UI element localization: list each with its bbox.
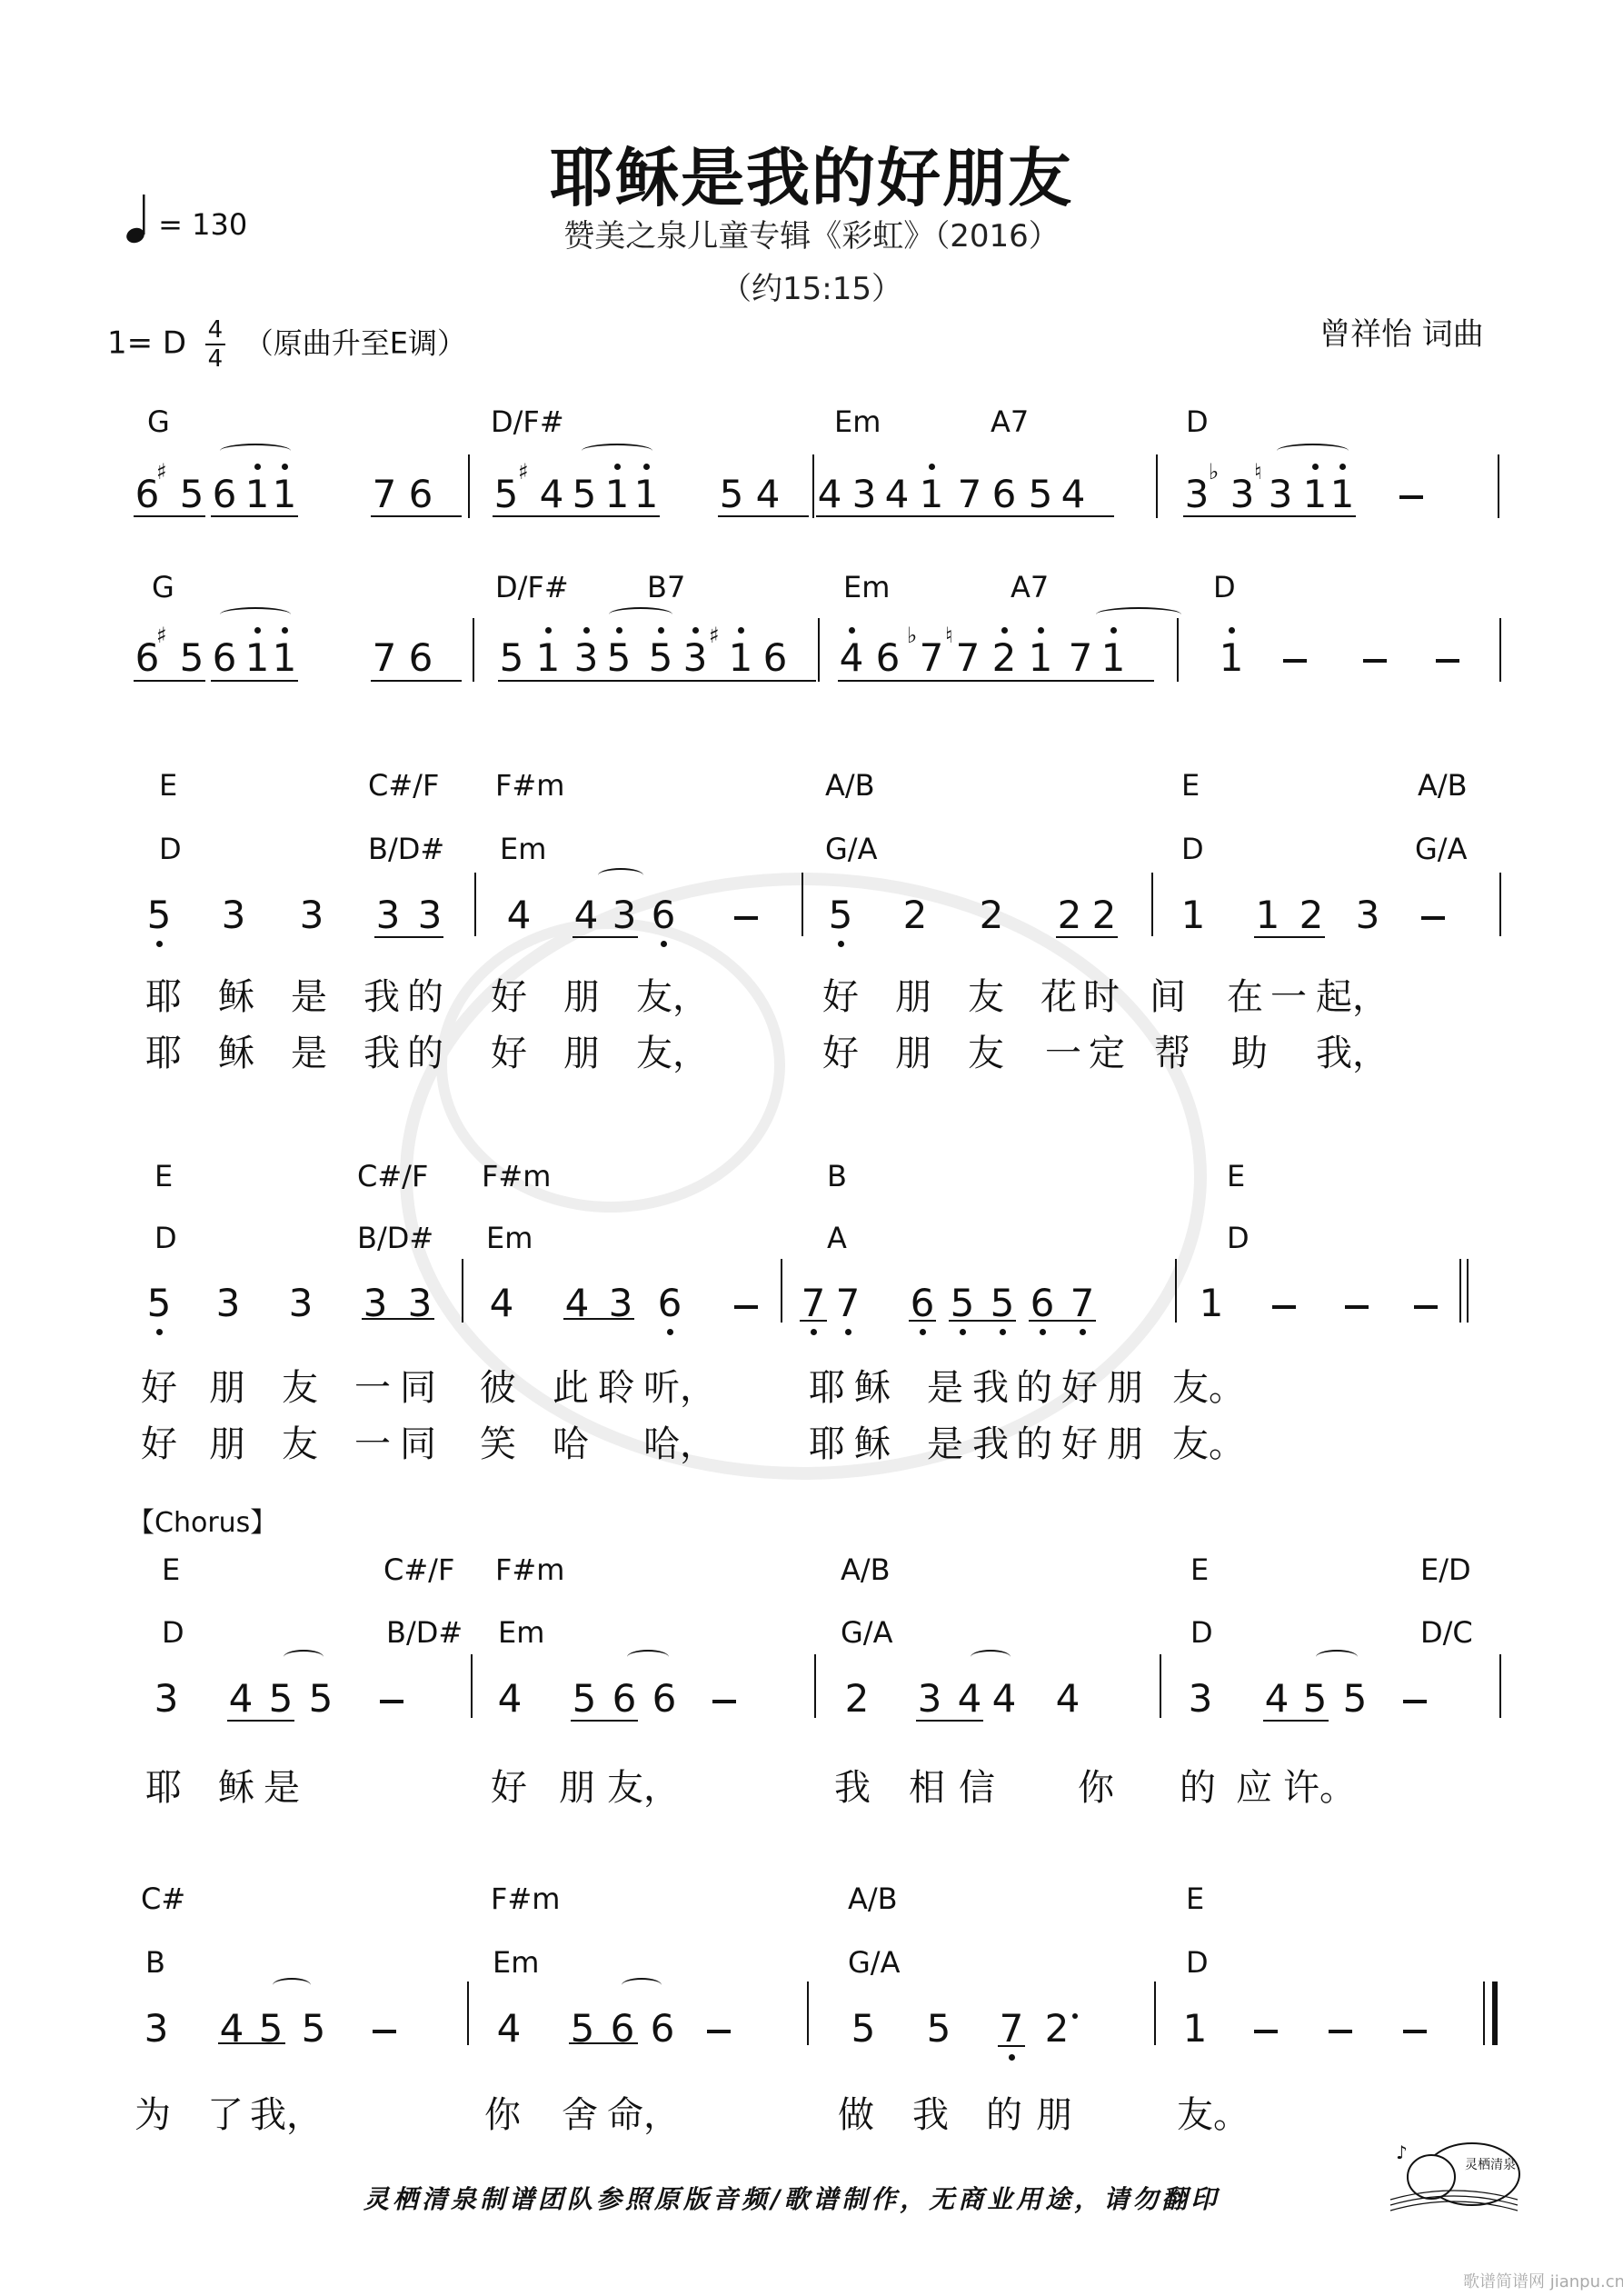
note: 4 [538,473,565,516]
sheep-logo-icon: ♪ 灵栖清泉 [1381,2136,1527,2218]
note: 6 [656,1282,683,1325]
chord-symbol: G [152,570,174,604]
barline [1499,873,1501,936]
scripture-reference: （约15:15） [0,264,1623,308]
note: 2 [901,893,929,937]
note: 1 [1181,2007,1209,2051]
barline [1459,1259,1461,1323]
tie-slur [622,1978,662,1992]
note: 5 [647,636,674,680]
barline [1156,454,1158,518]
chord-symbol: C# [141,1882,185,1916]
chord-symbol: C#/F [368,768,439,803]
chord-symbol: E [159,768,177,803]
barline [1160,1654,1161,1718]
lyric-char: 朋 [895,1024,931,1076]
note: 1 [271,636,298,680]
lyric-char: 稣 [854,1359,891,1411]
lyric-char: 助 [1231,1024,1268,1076]
lyric-char: 我， [250,2086,323,2138]
note: 6 [211,636,238,680]
lyric-char: 间 [1150,968,1186,1020]
composer-credit: 曾祥怡 词曲 [1319,309,1484,354]
note: 5 [178,636,205,680]
lyric-char: 我 [972,1415,1009,1467]
accidental: ♭ [907,623,917,648]
underline-beam [1254,936,1325,938]
note: 6 [407,636,434,680]
barline [1498,454,1499,518]
barline [1492,1982,1498,2045]
barline [1483,1982,1485,2045]
lyric-char: 友， [636,1024,709,1076]
lyric-char: 哈 [553,1415,589,1467]
note: 3 [1183,473,1210,516]
accidental: ♯ [156,623,167,648]
barline [1177,618,1179,682]
underline-beam [916,1720,983,1722]
lyric-char: 我 [834,1759,871,1811]
lyric-char: 好 [141,1415,177,1467]
note: 6 [649,2007,676,2051]
chord-symbol: E [1186,1882,1204,1916]
underline-beam [134,515,205,517]
chord-symbol: D/C [1420,1615,1473,1650]
chord-symbol: Em [498,1615,544,1650]
underline-beam [211,680,298,682]
underline-beam [211,515,298,517]
note: 4 [816,473,843,516]
note: 3 [1187,1677,1214,1721]
key-signature: 1= D 44 （原曲升至E调） [107,318,466,371]
note: 3 [1354,893,1381,937]
chord-symbol: D [154,1221,177,1255]
lyric-char: 应 [1236,1759,1272,1811]
barline [802,873,803,936]
lyric-char: 信 [959,1759,995,1811]
accidental: ♮ [1254,459,1262,484]
chord-symbol: A7 [991,404,1029,439]
lyric-char: 友。 [1172,1359,1245,1411]
chord-symbol: A7 [1011,570,1049,604]
lyric-char: 一 [354,1359,391,1411]
lyric-char: 朋 [209,1415,245,1467]
underline-beam [998,2045,1025,2047]
lyric-char: 时 [1083,968,1120,1020]
note: 5 [1341,1677,1369,1721]
sustain-dash [1403,2030,1427,2033]
note: 3 [287,1282,314,1325]
note: 6 [650,893,677,937]
chord-symbol: B7 [647,570,685,604]
tie-slur [273,1978,311,1992]
note: 6 [991,473,1018,516]
note: 1 [603,473,631,516]
lyric-char: 是 [291,1024,327,1076]
sustain-dash [1399,495,1423,499]
barline [1151,873,1153,936]
augmentation-dot [1072,2013,1078,2019]
note: 4 [1054,1677,1081,1721]
accidental: ♭ [1209,459,1219,484]
note: 4 [227,1677,254,1721]
barline [814,1654,816,1718]
note: 3 [611,893,638,937]
note: 4 [754,473,782,516]
underline-beam [1027,515,1114,517]
lyric-char: 命， [607,2086,680,2138]
copyright-notice: 灵栖清泉制谱团队参照原版音频/歌谱制作，无商业用途，请勿翻印 [363,2180,1220,2216]
lyric-char: 是 [927,1359,963,1411]
accidental: ♮ [945,623,953,648]
lyric-char: 友 [282,1415,318,1467]
sustain-dash [1272,1305,1296,1309]
sustain-dash [1283,659,1307,663]
song-title: 耶稣是我的好朋友 [0,127,1623,219]
note: 4 [838,636,865,680]
note: 1 [1254,893,1281,937]
lyric-char: 耶 [145,1024,182,1076]
chord-symbol: D [159,832,182,866]
note: 7 [371,636,398,680]
note: 1 [1329,473,1356,516]
sustain-dash [1403,1700,1427,1703]
lyric-char: 同 [400,1359,436,1411]
lyric-char: 稣 [218,968,254,1020]
lyric-char: 好 [491,1759,527,1811]
note: 3 [416,893,443,937]
lyric-char: 做 [838,2086,874,2138]
lyric-char: 的 [1016,1359,1052,1411]
note: 2 [1043,2007,1070,2051]
note: 3 [153,1677,180,1721]
chord-symbol: B/D# [357,1221,433,1255]
barline [807,1982,809,2045]
tie-slur [1096,607,1181,622]
lyric-char: 是 [927,1415,963,1467]
lyric-char: 朋 [209,1359,245,1411]
sustain-dash [1254,2030,1278,2033]
lyric-char: 好 [822,1024,859,1076]
note: 5 [718,473,745,516]
note: 3 [374,893,402,937]
lyric-char: 的 [1016,1415,1052,1467]
note: 5 [493,473,520,516]
note: 5 [145,893,173,937]
chord-symbol: Em [486,1221,533,1255]
key-note: （原曲升至E调） [244,326,466,361]
chord-symbol: G [147,404,170,439]
barline [468,454,470,518]
note: 5 [267,1677,294,1721]
underline-beam [371,680,462,682]
barline [812,454,814,518]
note: 4 [956,1677,983,1721]
chord-symbol: F#m [491,1882,560,1916]
note: 7 [918,636,945,680]
chord-symbol: F#m [482,1159,551,1193]
sustain-dash [1329,2030,1352,2033]
note: 5 [989,1282,1016,1325]
lyric-char: 好 [491,968,527,1020]
note: 5 [300,2007,327,2051]
barline [1154,1982,1156,2045]
tie-slur [284,1650,324,1664]
chord-symbol: C#/F [383,1552,454,1587]
lyric-char: 朋 [1107,1415,1143,1467]
underline-beam [838,680,929,682]
note: 1 [1180,893,1207,937]
chord-symbol: G/A [825,832,877,866]
lyric-char: 一 [1270,968,1307,1020]
chord-symbol: B/D# [368,832,444,866]
note: 2 [1056,893,1083,937]
note: 7 [1067,636,1094,680]
underline-beam [218,2042,285,2044]
lyric-char: 友。 [1172,1415,1245,1467]
note: 4 [573,893,600,937]
note: 5 [827,893,854,937]
chord-symbol: G/A [848,1945,900,1980]
note: 5 [145,1282,173,1325]
underline-beam [1067,680,1154,682]
lyric-char: 我 [912,2086,949,2138]
lyric-char: 了 [207,2086,244,2138]
note: 1 [1301,473,1329,516]
underline-beam [571,1720,638,1722]
barline [1499,618,1501,682]
lyric-char: 相 [909,1759,945,1811]
note: 3 [573,636,600,680]
note: 6 [407,473,434,516]
lyric-char: 一 [354,1415,391,1467]
underline-beam [227,1720,294,1722]
lyric-char: 稣 [218,1024,254,1076]
sustain-dash [373,2030,396,2033]
chord-symbol: G/A [1415,832,1467,866]
chord-symbol: Em [843,570,890,604]
lyric-char: 的 [986,2086,1022,2138]
chord-symbol: E [1227,1159,1245,1193]
key-label: 1= D [107,325,186,362]
chord-symbol: A/B [848,1882,898,1916]
underline-beam [569,2042,638,2044]
note: 6 [874,636,901,680]
note: 2 [978,893,1005,937]
underline-beam [909,1320,936,1322]
lyric-char: 笑 [480,1415,516,1467]
sustain-dash [1421,916,1445,920]
chord-symbol: D [1186,1945,1209,1980]
barline [781,1259,782,1323]
underline-beam [362,1318,434,1320]
sustain-dash [734,916,758,920]
accidental: ♯ [156,459,167,484]
note: 5 [1301,1677,1329,1721]
chord-symbol: Em [500,832,546,866]
chord-symbol: D [1181,832,1204,866]
barline [1467,1259,1469,1323]
chord-symbol: E [162,1552,180,1587]
note: 1 [918,473,945,516]
lyric-char: 朋 [1036,2086,1072,2138]
note: 1 [632,473,660,516]
note: 4 [505,893,533,937]
lyric-char: 耶 [809,1359,845,1411]
note: 6 [211,473,238,516]
note: 1 [727,636,754,680]
note: 3 [298,893,325,937]
note: 5 [571,1677,598,1721]
barline [467,1982,469,2045]
sustain-dash [707,2030,731,2033]
sustain-dash [1436,659,1459,663]
note: 7 [998,2007,1025,2051]
barline [818,618,820,682]
chord-symbol: D [1227,1221,1250,1255]
chord-symbol: A/B [825,768,875,803]
sustain-dash [380,1700,403,1703]
chord-symbol: F#m [495,1552,564,1587]
chord-symbol: D [162,1615,184,1650]
underline-beam [374,936,443,938]
chord-symbol: B/D# [386,1615,463,1650]
note: 7 [956,473,983,516]
underline-beam [718,515,809,517]
note: 6 [611,1677,638,1721]
lyric-char: 花 [1041,968,1077,1020]
note: 1 [1198,1282,1225,1325]
underline-beam [1056,936,1118,938]
lyric-char: 哈， [643,1415,716,1467]
accidental: ♯ [518,459,529,484]
lyric-char: 彼 [480,1359,516,1411]
accidental: ♯ [709,623,720,648]
chord-symbol: D [1213,570,1236,604]
note: 1 [534,636,562,680]
logo: ♪ 灵栖清泉 [1381,2136,1527,2218]
chord-symbol: B [145,1945,165,1980]
underline-beam [800,1320,827,1322]
lyric-char: 友， [607,1759,680,1811]
lyric-char: 的 [407,1024,443,1076]
chord-symbol: D [1186,404,1209,439]
lyric-char: 起， [1316,968,1389,1020]
lyric-char: 朋 [563,968,600,1020]
chord-symbol: A/B [1418,768,1468,803]
underline-beam [1029,1320,1096,1322]
svg-text:♪: ♪ [1396,2141,1408,2163]
underline-beam [727,680,816,682]
lyric-char: 许。 [1283,1759,1356,1811]
underline-beam [1267,515,1356,517]
note: 3 [1267,473,1294,516]
note: 1 [1027,636,1054,680]
barline [474,873,476,936]
chord-symbol: E [1190,1552,1209,1587]
lyric-char: 我， [1316,1024,1389,1076]
lyric-char: 友。 [1177,2086,1250,2138]
lyric-char: 我 [972,1359,1009,1411]
note: 5 [307,1677,334,1721]
lyric-char: 同 [400,1415,436,1467]
tie-slur [220,607,291,622]
note: 7 [1069,1282,1096,1325]
underline-beam [571,515,660,517]
underline-beam [134,680,205,682]
note: 3 [220,893,247,937]
tie-slur [1277,444,1349,458]
lyric-char: 的 [1180,1759,1216,1811]
note: 1 [1218,636,1245,680]
note: 2 [1090,893,1118,937]
lyric-char: 友 [282,1359,318,1411]
note: 7 [834,1282,861,1325]
chord-symbol: D/F# [491,404,564,439]
tie-slur [971,1650,1011,1664]
lyric-char: 舍 [562,2086,598,2138]
section-label-chorus: 【Chorus】 [127,1500,277,1540]
note: 7 [371,473,398,516]
lyric-char: 友， [636,968,709,1020]
lyric-char: 友 [968,968,1004,1020]
lyric-char: 耶 [145,968,182,1020]
album-subtitle: 赞美之泉儿童专辑《彩虹》（2016） [0,211,1623,255]
note: 6 [1029,1282,1056,1325]
lyric-char: 是 [291,968,327,1020]
lyric-char: 好 [1061,1415,1098,1467]
barline [1499,1654,1501,1718]
note: 6 [762,636,789,680]
tie-slur [1316,1650,1358,1664]
note: 5 [1027,473,1054,516]
tie-slur [627,1650,669,1664]
note: 4 [1263,1677,1290,1721]
note: 5 [571,473,598,516]
note: 4 [495,2007,523,2051]
underline-beam [949,1320,1016,1322]
underline-beam [573,936,638,938]
lyric-char: 好 [1061,1359,1098,1411]
lyric-char: 耶 [809,1415,845,1467]
chord-symbol: Em [834,404,881,439]
time-signature: 44 [205,318,225,371]
lyric-char: 一 [1045,1024,1081,1076]
chord-symbol: D [1190,1615,1213,1650]
lyric-char: 的 [407,968,443,1020]
note: 5 [850,2007,877,2051]
lyric-char: 耶 [145,1759,182,1811]
note: 5 [949,1282,976,1325]
note: 4 [488,1282,515,1325]
note: 3 [214,1282,242,1325]
chord-symbol: E [1181,768,1200,803]
note: 6 [651,1677,678,1721]
note: 2 [991,636,1018,680]
site-credit: 歌谱简谱网 jianpu.cn [1463,2269,1623,2292]
note: 1 [271,473,298,516]
lyric-char: 你 [484,2086,521,2138]
chord-symbol: A/B [841,1552,891,1587]
note: 7 [954,636,981,680]
lyric-char: 我 [363,1024,400,1076]
barline [471,1654,473,1718]
note: 1 [244,473,271,516]
tie-slur [220,444,291,458]
lyric-char: 朋 [563,1024,600,1076]
sustain-dash [1363,659,1387,663]
lyric-char: 好 [491,1024,527,1076]
